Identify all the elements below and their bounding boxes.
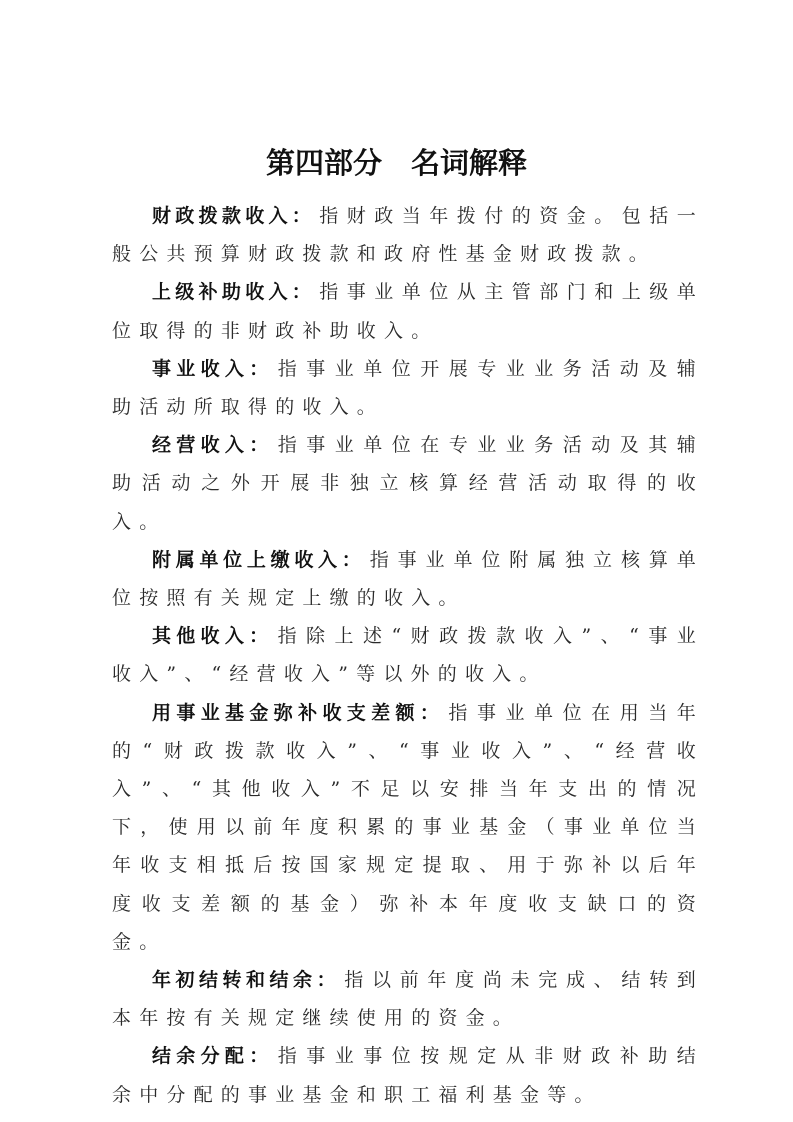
glossary-entry-business-fund-offset: 用事业基金弥补收支差额：指事业单位在用当年的“财政拨款收入”、“事业收入”、“经… [112,694,704,961]
glossary-entry-surplus-distribution: 结余分配：指事业事位按规定从非财政补助结余中分配的事业基金和职工福利基金等。 [112,1037,704,1113]
glossary-term: 附属单位上缴收入 [152,549,342,571]
term-separator: ： [249,358,278,380]
glossary-entry-affiliated-unit-remittance: 附属单位上缴收入：指事业单位附属独立核算单位按照有关规定上缴的收入。 [112,541,704,617]
glossary-term: 经营收入 [152,434,249,456]
glossary-entry-operating-income: 经营收入：指事业单位在专业业务活动及其辅助活动之外开展非独立核算经营活动取得的收… [112,426,704,541]
glossary-term: 上级补助收入 [152,281,292,303]
glossary-body: 财政拨款收入：指财政当年拨付的资金。包括一般公共预算财政拨款和政府性基金财政拨款… [112,197,704,1114]
glossary-entry-superior-subsidy-income: 上级补助收入：指事业单位从主管部门和上级单位取得的非财政补助收入。 [112,273,704,349]
glossary-term: 结余分配 [152,1045,249,1067]
glossary-entry-business-income: 事业收入：指事业单位开展专业业务活动及辅助活动所取得的收入。 [112,350,704,426]
glossary-term: 财政拨款收入 [152,205,292,227]
glossary-term: 年初结转和结余 [152,969,317,991]
term-separator: ： [292,205,320,227]
term-separator: ： [317,969,345,991]
page-title: 第四部分 名词解释 [0,141,793,182]
glossary-term: 用事业基金弥补收支差额 [152,702,420,724]
term-separator: ： [292,281,320,303]
glossary-term: 事业收入 [152,358,249,380]
glossary-definition: 指事业单位在用当年的“财政拨款收入”、“事业收入”、“经营收入”、“其他收入”不… [112,702,704,953]
glossary-entry-carryover-and-balance: 年初结转和结余：指以前年度尚未完成、结转到本年按有关规定继续使用的资金。 [112,961,704,1037]
term-separator: ： [249,625,277,647]
glossary-entry-other-income: 其他收入：指除上述“财政拨款收入”、“事业收入”、“经营收入”等以外的收入。 [112,617,704,693]
term-separator: ： [249,1045,278,1067]
glossary-term: 其他收入 [152,625,249,647]
term-separator: ： [342,549,370,571]
term-separator: ： [420,702,449,724]
term-separator: ： [249,434,278,456]
glossary-entry-fiscal-appropriation-income: 财政拨款收入：指财政当年拨付的资金。包括一般公共预算财政拨款和政府性基金财政拨款… [112,197,704,273]
